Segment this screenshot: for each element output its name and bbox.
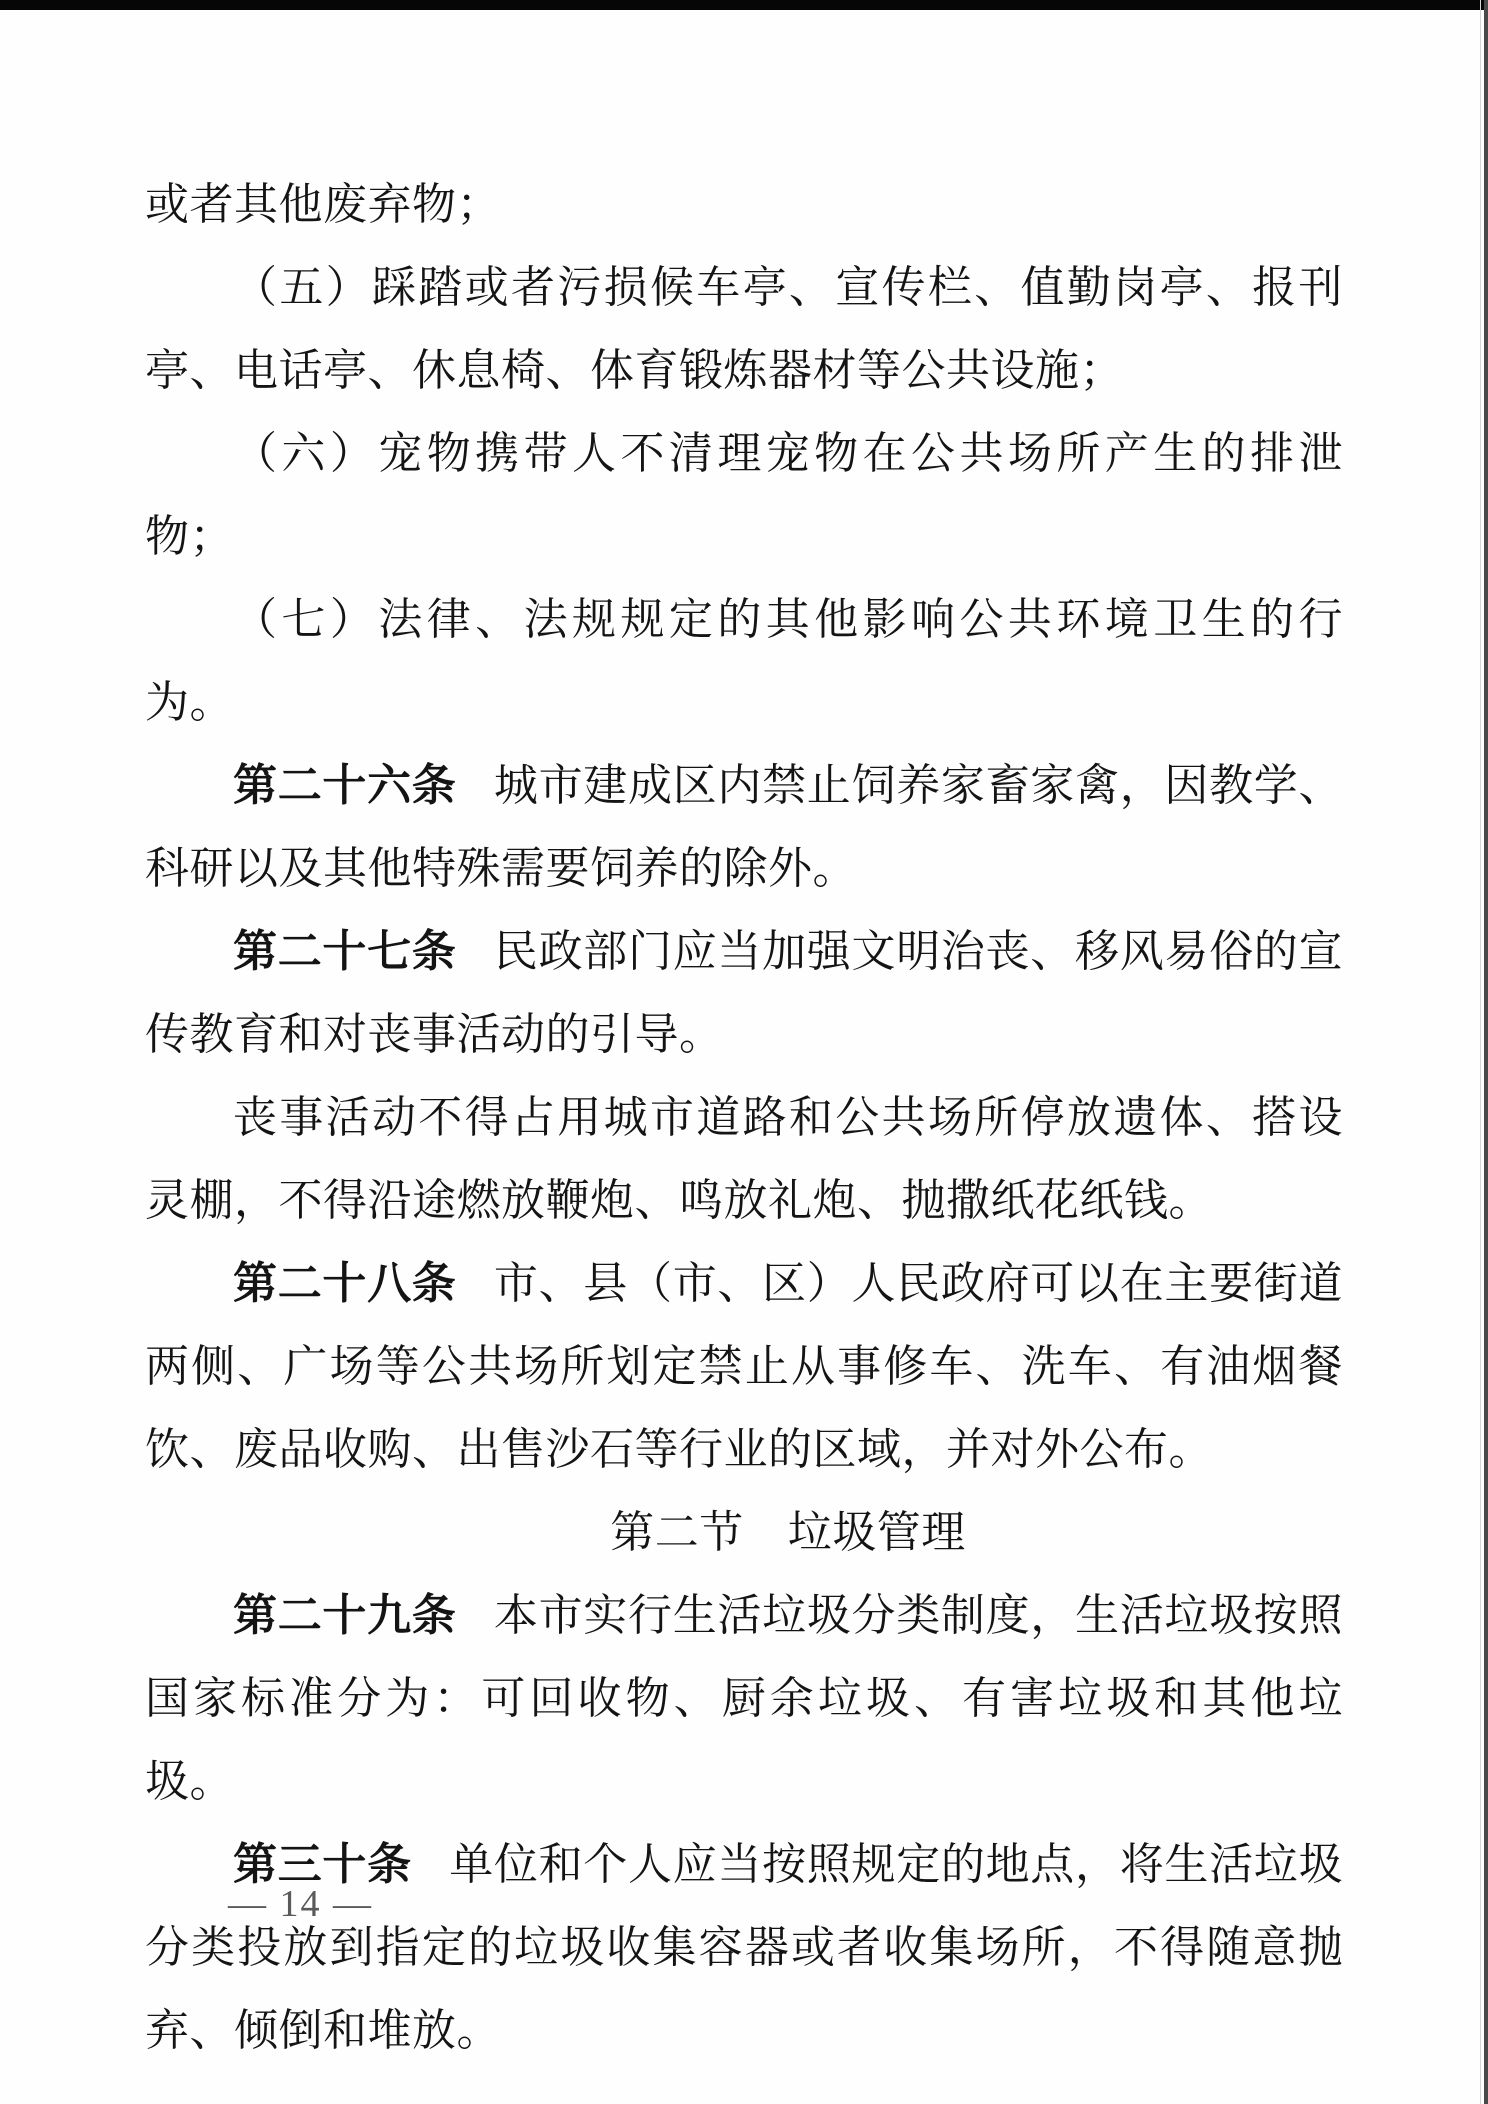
section-number: 第二节: [610, 1508, 744, 1557]
paragraph-text: 丧事活动不得占用城市道路和公共场所停放遗体、搭设灵棚，不得沿途燃放鞭炮、鸣放礼炮…: [145, 1093, 1343, 1225]
body-paragraph: 第二十九条本市实行生活垃圾分类制度，生活垃圾按照国家标准分为：可回收物、厨余垃圾…: [145, 1574, 1343, 1823]
article-number: 第二十七条: [233, 927, 457, 976]
article-number: 第二十八条: [233, 1259, 457, 1308]
paragraph-text: 或者其他废弃物；: [145, 180, 501, 229]
document-body: 或者其他废弃物； （五）踩踏或者污损候车亭、宣传栏、值勤岗亭、报刊亭、电话亭、休…: [145, 163, 1343, 2072]
section-title: 垃圾管理: [788, 1508, 966, 1557]
section-heading: 第二节垃圾管理: [145, 1491, 1343, 1574]
body-paragraph: 第二十八条市、县（市、区）人民政府可以在主要街道两侧、广场等公共场所划定禁止从事…: [145, 1242, 1343, 1491]
paragraph-text: （六）宠物携带人不清理宠物在公共场所产生的排泄物；: [145, 429, 1343, 561]
document-page: 或者其他废弃物； （五）踩踏或者污损候车亭、宣传栏、值勤岗亭、报刊亭、电话亭、休…: [0, 0, 1488, 2104]
page-number: — 14 —: [228, 1882, 373, 1926]
right-scan-line-faint: [1480, 0, 1481, 2104]
paragraph-text: （七）法律、法规规定的其他影响公共环境卫生的行为。: [145, 595, 1343, 727]
body-paragraph: 第二十七条民政部门应当加强文明治丧、移风易俗的宣传教育和对丧事活动的引导。: [145, 910, 1343, 1076]
paragraph-text: （五）踩踏或者污损候车亭、宣传栏、值勤岗亭、报刊亭、电话亭、休息椅、体育锻炼器材…: [145, 263, 1343, 395]
body-paragraph: （六）宠物携带人不清理宠物在公共场所产生的排泄物；: [145, 412, 1343, 578]
body-paragraph: 第二十六条城市建成区内禁止饲养家畜家禽，因教学、科研以及其他特殊需要饲养的除外。: [145, 744, 1343, 910]
body-paragraph: 丧事活动不得占用城市道路和公共场所停放遗体、搭设灵棚，不得沿途燃放鞭炮、鸣放礼炮…: [145, 1076, 1343, 1242]
body-paragraph: 或者其他废弃物；: [145, 163, 1343, 246]
right-scan-line: [1484, 0, 1488, 2104]
body-paragraph: 第三十条单位和个人应当按照规定的地点，将生活垃圾分类投放到指定的垃圾收集容器或者…: [145, 1823, 1343, 2072]
body-paragraph: （五）踩踏或者污损候车亭、宣传栏、值勤岗亭、报刊亭、电话亭、休息椅、体育锻炼器材…: [145, 246, 1343, 412]
article-number: 第二十六条: [233, 761, 457, 810]
body-paragraph: （七）法律、法规规定的其他影响公共环境卫生的行为。: [145, 578, 1343, 744]
article-number: 第二十九条: [233, 1591, 457, 1640]
top-scan-bar: [0, 0, 1488, 10]
